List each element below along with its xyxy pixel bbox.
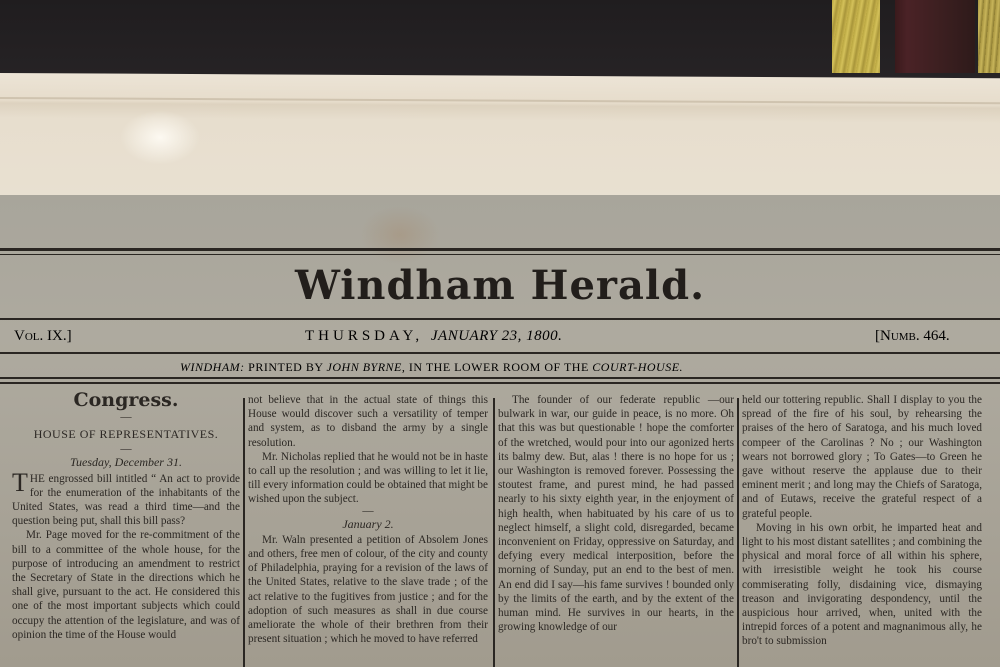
article-paragraph: Mr. Page moved for the re-commitment of …	[12, 528, 240, 642]
column-divider-1	[243, 398, 245, 667]
gilded-frame-edge-right	[978, 0, 1000, 73]
article-paragraph: The founder of our federate republic —ou…	[498, 393, 734, 634]
session-date: January 2.	[248, 517, 488, 531]
column-congress: Congress. — HOUSE OF REPRESENTATIVES. — …	[12, 393, 240, 642]
session-date: Tuesday, December 31.	[12, 455, 240, 469]
masthead-bottom-rule	[0, 318, 1000, 320]
article-paragraph: Moving in his own orbit, he imparted hea…	[742, 521, 982, 649]
weekday: THURSDAY,	[305, 328, 423, 344]
article-paragraph: not believe that in the actual state of …	[248, 393, 488, 450]
printer-place: Windham:	[180, 360, 245, 374]
light-glare	[120, 110, 200, 165]
column-congress-continued: not believe that in the actual state of …	[248, 393, 488, 646]
column-divider-3	[737, 398, 739, 667]
volume-label: Vol. IX.]	[14, 328, 72, 345]
article-paragraph: THE engrossed bill intitled “ An act to …	[12, 472, 240, 529]
dateline: Vol. IX.] THURSDAY, JANUARY 23, 1800. [N…	[0, 328, 1000, 348]
section-heading: Congress.	[12, 393, 240, 407]
date-text: JANUARY 23, 1800.	[431, 328, 563, 344]
column-washington-eulogy-continued: held our tottering republic. Shall I dis…	[742, 393, 982, 649]
dateline-rule	[0, 352, 1000, 354]
article-paragraph: Mr. Nicholas replied that he would not b…	[248, 450, 488, 507]
article-paragraph: held our tottering republic. Shall I dis…	[742, 393, 982, 521]
issue-date: THURSDAY, JANUARY 23, 1800.	[305, 328, 562, 345]
issue-number: [Numb. 464.	[875, 328, 950, 345]
column-washington-eulogy: The founder of our federate republic —ou…	[498, 393, 734, 634]
printed-by: Printed by	[248, 360, 323, 374]
printer-rule-2	[0, 382, 1000, 384]
section-subheading: HOUSE OF REPRESENTATIVES.	[12, 427, 240, 441]
printer-line: Windham: Printed by John Byrne, in the l…	[180, 360, 683, 375]
printer-name: John Byrne,	[327, 360, 406, 374]
column-divider-2	[493, 398, 495, 667]
gilded-frame-edge	[832, 0, 880, 73]
masthead-top-rule-thin	[0, 254, 1000, 255]
masthead-title: Windham Herald.	[0, 262, 1000, 309]
printer-location: in the lower room of the	[409, 360, 589, 374]
divider-dash: —	[12, 445, 240, 453]
masthead-top-rule	[0, 248, 1000, 251]
divider-dash: —	[248, 507, 488, 515]
divider-dash: —	[12, 413, 240, 421]
printer-rule-1	[0, 377, 1000, 379]
article-paragraph: Mr. Waln presented a petition of Absolem…	[248, 533, 488, 647]
wooden-frame-edge	[895, 0, 975, 73]
dropcap: T	[12, 472, 28, 494]
printer-building: Court-House.	[592, 360, 683, 374]
